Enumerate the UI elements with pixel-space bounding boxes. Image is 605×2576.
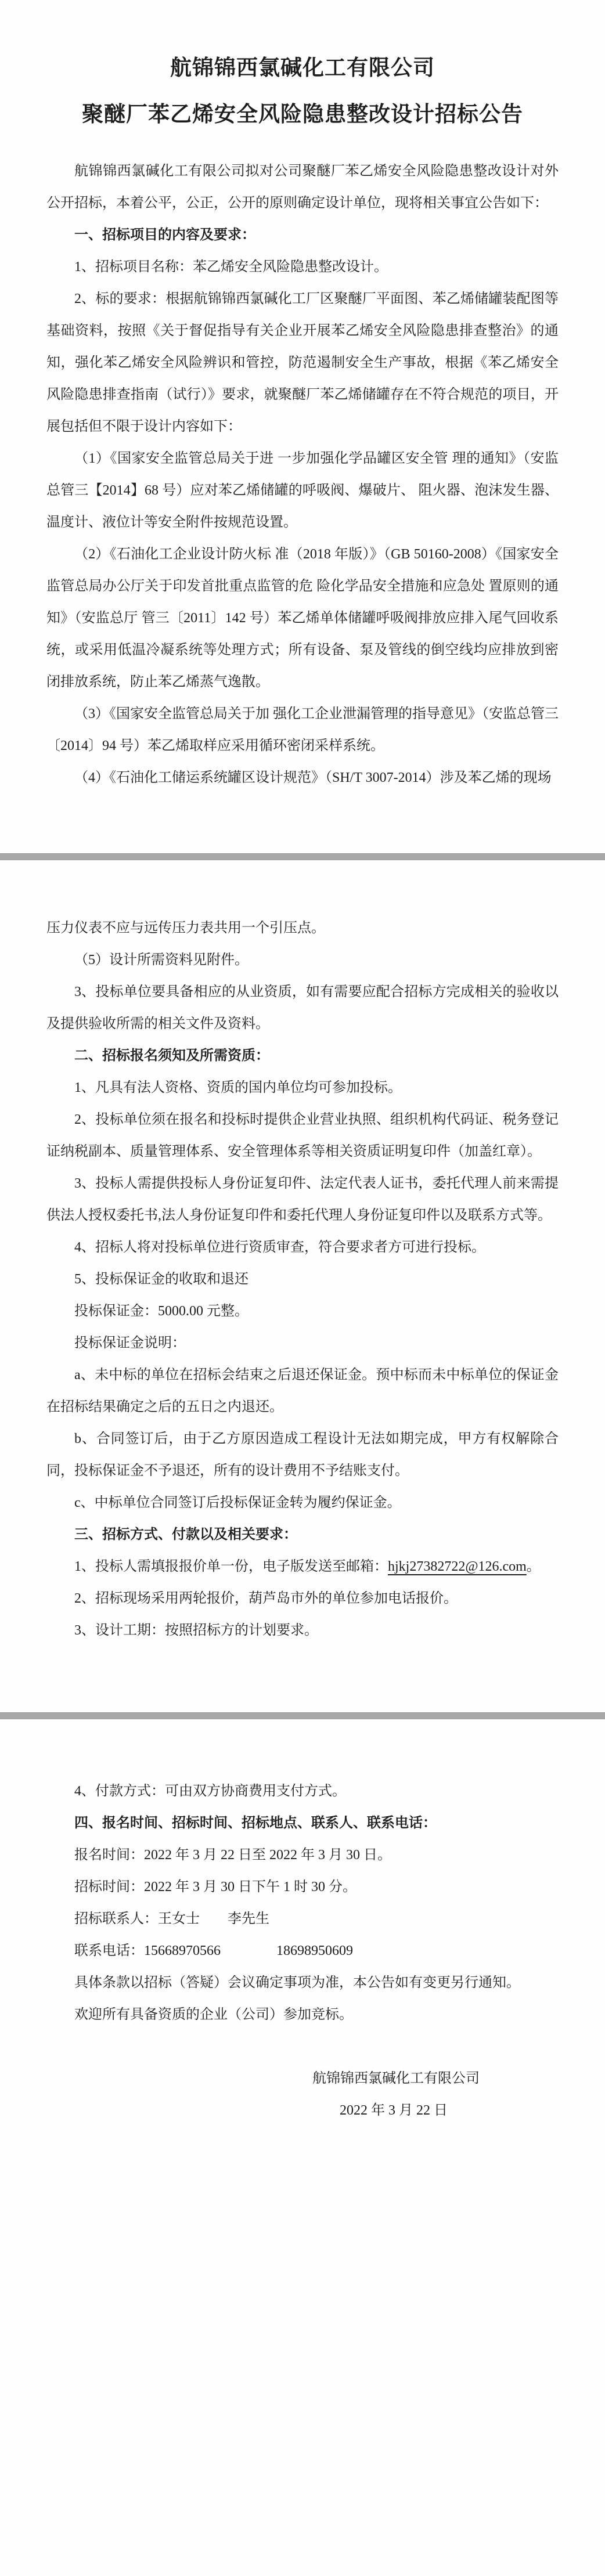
section1-subitem5: （5）设计所需资料见附件。	[46, 944, 559, 976]
section1-heading: 一、招标项目的内容及要求：	[46, 219, 559, 251]
bid-contacts: 招标联系人：王女士 李先生	[46, 1903, 559, 1935]
signup-time: 报名时间：2022 年 3 月 22 日至 2022 年 3 月 30 日。	[46, 1839, 559, 1871]
email-link[interactable]: hjkj27382722@126.com	[388, 1559, 527, 1574]
bid-deposit-note-label: 投标保证金说明：	[46, 1327, 559, 1359]
section1-subitem2: （2）《石油化工企业设计防火标 准（2018 年版）》（GB 50160-200…	[46, 539, 559, 698]
page-break-divider-1	[0, 853, 605, 860]
section3-item2: 2、招标现场采用两轮报价，葫芦岛市外的单位参加电话报价。	[46, 1583, 559, 1615]
section1-subitem1: （1）《国家安全监管总局关于进 一步加强化学品罐区安全管 理的通知》（安监总管三…	[46, 443, 559, 539]
document-page-3: 4、付款方式：可由双方协商费用支付方式。 四、报名时间、招标时间、招标地点、联系…	[0, 1719, 605, 2576]
section1-item1: 1、招标项目名称：苯乙烯安全风险隐患整改设计。	[46, 251, 559, 283]
page-break-divider-2	[0, 1712, 605, 1719]
section2-item5: 5、投标保证金的收取和退还	[46, 1264, 559, 1296]
section3-item4: 4、付款方式：可由双方协商费用支付方式。	[46, 1776, 559, 1807]
signature-date: 2022 年 3 月 22 日	[340, 2095, 559, 2127]
document-page-2: 压力仪表不应与远传压力表共用一个引压点。 （5）设计所需资料见附件。 3、投标单…	[0, 860, 605, 1712]
section3-item1: 1、投标人需填报报价单一份，电子版发送至邮箱：hjkj27382722@126.…	[46, 1551, 559, 1583]
section3-item1-period: 。	[527, 1559, 541, 1574]
deposit-note-c: c、中标单位合同签订后投标保证金转为履约保证金。	[46, 1487, 559, 1519]
welcome-line: 欢迎所有具备资质的企业（公司）参加竞标。	[46, 1999, 559, 2031]
section4-heading: 四、报名时间、招标时间、招标地点、联系人、联系电话：	[46, 1807, 559, 1839]
section1-subitem3: （3）《国家安全监管总局关于加 强化工企业泄漏管理的指导意见》（安监总管三〔20…	[46, 698, 559, 762]
deposit-note-a: a、未中标的单位在招标会结束之后退还保证金。预中标而未中标单位的保证金在招标结果…	[46, 1359, 559, 1423]
bid-announcement-document: 航锦锦西氯碱化工有限公司 聚醚厂苯乙烯安全风险隐患整改设计招标公告 航锦锦西氯碱…	[0, 0, 605, 2576]
section3-item1-text: 1、投标人需填报报价单一份，电子版发送至邮箱：	[74, 1559, 388, 1574]
document-page-1: 航锦锦西氯碱化工有限公司 聚醚厂苯乙烯安全风险隐患整改设计招标公告 航锦锦西氯碱…	[0, 0, 605, 853]
bid-time: 招标时间：2022 年 3 月 30 日下午 1 时 30 分。	[46, 1871, 559, 1903]
section2-heading: 二、招标报名须知及所需资质：	[46, 1040, 559, 1072]
contact-phones: 联系电话：15668970566 18698950609	[46, 1935, 559, 1967]
deposit-note-b: b、合同签订后，由于乙方原因造成工程设计无法如期完成，甲方有权解除合同，投标保证…	[46, 1423, 559, 1487]
signature-company: 航锦锦西氯碱化工有限公司	[312, 2063, 559, 2095]
section1-item2: 2、标的要求：根据航锦锦西氯碱化工厂区聚醚厂平面图、苯乙烯储罐装配图等基础资料，…	[46, 283, 559, 443]
section1-subitem4-continuation: 压力仪表不应与远传压力表共用一个引压点。	[46, 912, 559, 944]
company-title: 航锦锦西氯碱化工有限公司	[46, 51, 559, 86]
section3-item3: 3、设计工期：按照招标方的计划要求。	[46, 1615, 559, 1647]
section2-item4: 4、招标人将对投标单位进行资质审查，符合要求者方可进行投标。	[46, 1232, 559, 1264]
bid-deposit-amount: 投标保证金：5000.00 元整。	[46, 1296, 559, 1327]
intro-paragraph: 航锦锦西氯碱化工有限公司拟对公司聚醚厂苯乙烯安全风险隐患整改设计对外公开招标，本…	[46, 156, 559, 219]
announcement-title: 聚醚厂苯乙烯安全风险隐患整改设计招标公告	[46, 98, 559, 132]
terms-note: 具体条款以招标（答疑）会议确定事项为准，本公告如有变更另行通知。	[46, 1967, 559, 1999]
section2-item2: 2、投标单位须在报名和投标时提供企业营业执照、组织机构代码证、税务登记证纳税副本…	[46, 1104, 559, 1168]
signature-block: 航锦锦西氯碱化工有限公司 2022 年 3 月 22 日	[46, 2063, 559, 2127]
section1-item3: 3、投标单位要具备相应的从业资质，如有需要应配合招标方完成相关的验收以及提供验收…	[46, 976, 559, 1040]
section3-heading: 三、招标方式、付款以及相关要求：	[46, 1519, 559, 1551]
section2-item3: 3、投标人需提供投标人身份证复印件、法定代表人证书，委托代理人前来需提供法人授权…	[46, 1168, 559, 1232]
section1-subitem4: （4）《石油化工储运系统罐区设计规范》（SH/T 3007-2014）涉及苯乙烯…	[46, 762, 559, 794]
section2-item1: 1、凡具有法人资格、资质的国内单位均可参加投标。	[46, 1072, 559, 1104]
